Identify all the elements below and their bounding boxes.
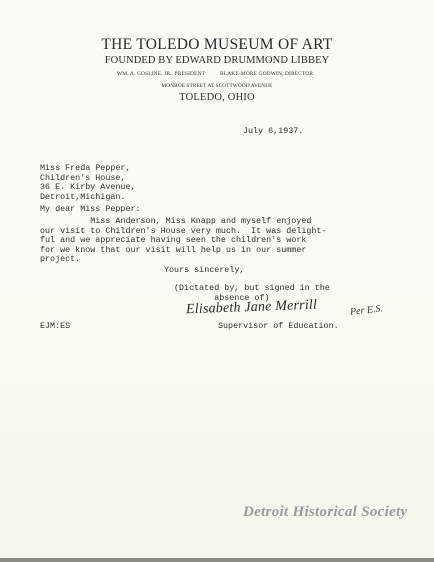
page-edge [0, 558, 434, 562]
letterhead-title: THE TOLEDO MUSEUM OF ART [0, 36, 434, 54]
letter-date: July 6,1937. [243, 127, 303, 137]
reference-initials: EJM:ES [40, 322, 70, 332]
letterhead-city: TOLEDO, OHIO [0, 92, 434, 103]
letter-body: Miss Anderson, Miss Knapp and myself enj… [40, 217, 326, 265]
letterhead-street: MONROE STREET AT SCOTTWOOD AVENUE [0, 83, 434, 89]
letterhead-director: BLAKE-MORE GODWIN, DIRECTOR [220, 71, 313, 77]
signer-title: Supervisor of Education. [218, 322, 339, 332]
closing: Yours sincerely, [164, 266, 244, 276]
letterhead-founded: FOUNDED BY EDWARD DRUMMOND LIBBEY [0, 55, 434, 66]
recipient-address: Miss Freda Pepper, Children's House, 36 … [40, 164, 136, 202]
salutation: My dear Miss Pepper: [40, 205, 141, 215]
letterhead-president: WM. A. GOSLINE, JR., PRESIDENT [117, 71, 205, 77]
watermark: Detroit Historical Society [243, 504, 407, 521]
